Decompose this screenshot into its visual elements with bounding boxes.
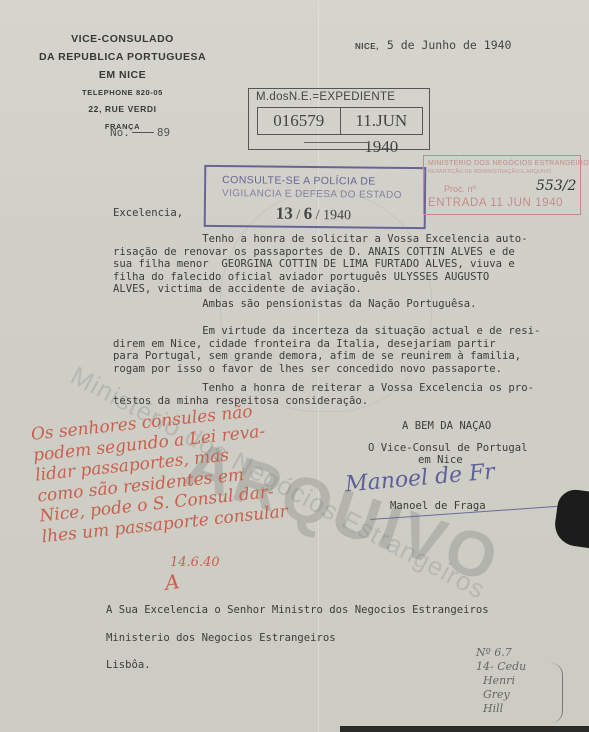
closing: A BEM DA NAÇAO bbox=[402, 420, 491, 433]
expediente-stamp-underline bbox=[304, 142, 369, 143]
ministerio-stamp: MINISTÉRIO DOS NEGÓCIOS ESTRANGEIROS REP… bbox=[423, 155, 581, 215]
expediente-stamp-number: 016579 bbox=[258, 108, 340, 134]
body-paragraph-4: Tenho a honra de reiterar a Vossa Excele… bbox=[113, 382, 534, 407]
signer-name: Manoel de Fraga bbox=[390, 500, 486, 513]
dateline-date: 5 de Junho de 1940 bbox=[387, 38, 512, 52]
reference-number-label: No. bbox=[110, 126, 130, 139]
body-paragraph-1: Tenho a honra de solicitar a Vossa Excel… bbox=[113, 233, 528, 296]
body-paragraph-3: Em virtude da incerteza da situação actu… bbox=[113, 325, 540, 375]
policia-stamp-line1: CONSULTE-SE A POLÍCIA DE bbox=[206, 167, 424, 188]
expediente-stamp-title: M.dosN.E.=EXPEDIENTE bbox=[249, 89, 429, 103]
address-line-3: Lisbôa. bbox=[106, 659, 151, 672]
document-page: Ministério dos Negócios Estrangeiros ARQ… bbox=[0, 0, 589, 732]
handwritten-signature: Manoel de Fr bbox=[344, 460, 496, 498]
policia-stamp-line2: VIGILANCIA E DEFESA DO ESTADO bbox=[206, 186, 424, 201]
dateline: NICE,5 de Junho de 1940 bbox=[355, 38, 511, 52]
red-handwritten-date: 14.6.40 bbox=[170, 555, 220, 570]
pencil-bracket bbox=[512, 663, 563, 723]
salutation: Excelencia, bbox=[113, 207, 183, 220]
signer-title-1: O Vice-Consul de Portugal bbox=[368, 442, 527, 455]
letterhead-line1: VICE-CONSULADO bbox=[30, 30, 215, 48]
body-paragraph-2: Ambas são pensionistas da Nação Portuguê… bbox=[113, 298, 477, 311]
reference-number: No.89 bbox=[110, 126, 170, 139]
letterhead-telephone: TELEPHONE 820-05 bbox=[30, 84, 215, 101]
policia-stamp-day: 13 bbox=[276, 204, 293, 223]
page-bottom-edge bbox=[340, 726, 589, 732]
address-line-2: Ministerio dos Negocios Estrangeiros bbox=[106, 632, 336, 645]
torn-corner bbox=[552, 487, 589, 548]
expediente-stamp: M.dosN.E.=EXPEDIENTE 016579 11.JUN 1940 bbox=[248, 88, 430, 150]
dateline-city: NICE, bbox=[355, 42, 379, 51]
letterhead: VICE-CONSULADO DA REPUBLICA PORTUGUESA E… bbox=[30, 30, 215, 135]
reference-dash bbox=[132, 132, 154, 133]
letterhead-line3: EM NICE bbox=[30, 66, 215, 84]
ministerio-stamp-proc-number: 553/2 bbox=[536, 178, 576, 194]
red-handwritten-initial: A bbox=[163, 569, 181, 595]
policia-stamp: CONSULTE-SE A POLÍCIA DE VIGILANCIA E DE… bbox=[204, 165, 427, 229]
address-line-1: A Sua Excelencia o Senhor Ministro dos N… bbox=[106, 604, 489, 617]
expediente-stamp-date: 11.JUN 1940 bbox=[340, 108, 423, 134]
ministerio-stamp-proc-label: Proc. nº bbox=[444, 184, 476, 194]
red-handwritten-note: Os senhores consules não podem segundo a… bbox=[30, 399, 289, 547]
ministerio-stamp-title: MINISTÉRIO DOS NEGÓCIOS ESTRANGEIROS bbox=[424, 156, 580, 167]
policia-stamp-year: 1940 bbox=[323, 208, 351, 223]
policia-stamp-month: 6 bbox=[304, 204, 313, 223]
reference-number-value: 89 bbox=[157, 126, 170, 139]
policia-stamp-date: 13 / 6 / 1940 bbox=[276, 204, 351, 225]
expediente-stamp-row: 016579 11.JUN 1940 bbox=[257, 107, 423, 135]
ministerio-stamp-subtitle: REPARTIÇÃO DE ADMINISTRAÇÃO E ARQUIVO bbox=[424, 167, 580, 175]
letterhead-address: 22, RUE VERDI bbox=[30, 101, 215, 118]
ministerio-stamp-entrada: ENTRADA 11 JUN 1940 bbox=[428, 197, 563, 209]
letterhead-line2: DA REPUBLICA PORTUGUESA bbox=[30, 48, 215, 66]
